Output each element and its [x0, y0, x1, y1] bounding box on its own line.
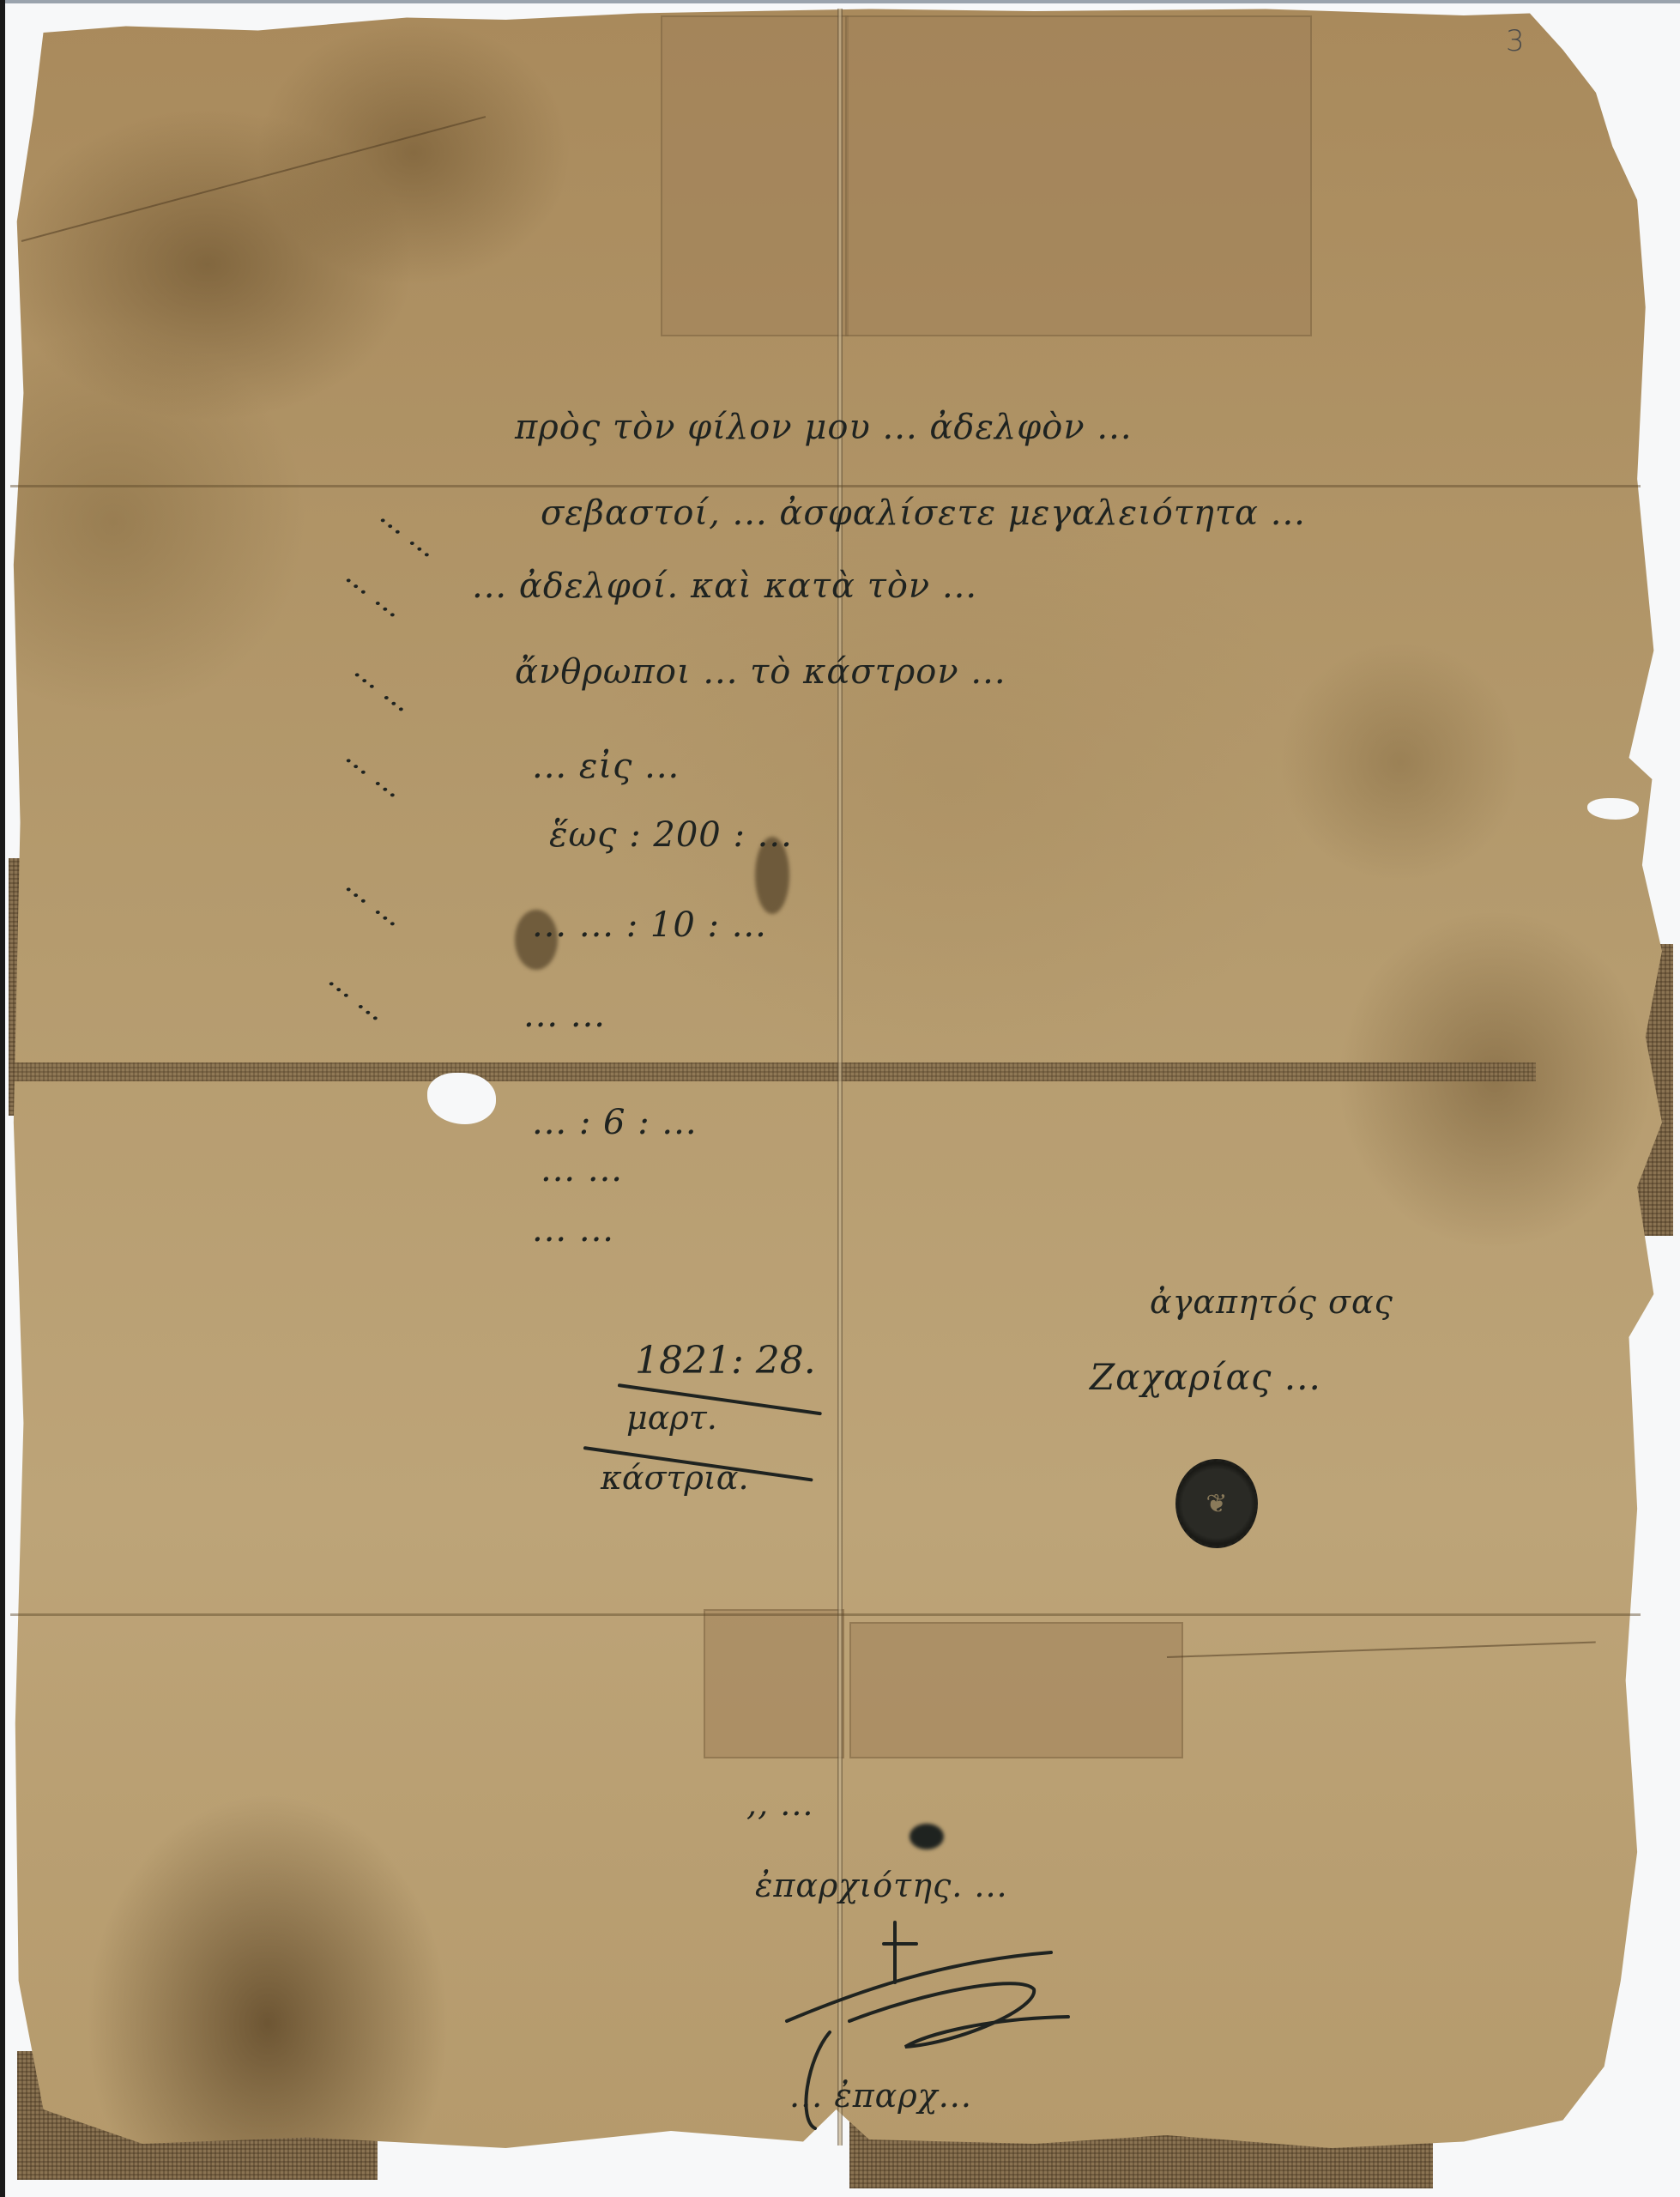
date-month: μαρτ.: [626, 1399, 717, 1437]
closing-signature: Ζαχαρίας ...: [1090, 1356, 1321, 1398]
footer-note: ,, ...: [746, 1785, 813, 1823]
scan-top-edge: [0, 0, 1680, 3]
body-line: ... : 6 : ...: [532, 1103, 698, 1142]
date-block: 1821: 28. μαρτ. κάστρια.: [583, 1339, 841, 1528]
repair-patch-top-right: [845, 15, 1312, 336]
seal-emblem-icon: ❦: [1178, 1462, 1255, 1546]
horizontal-fold-upper: [10, 485, 1641, 487]
body-line: ἄνθρωποι ... τὸ κάστρον ...: [515, 652, 1006, 692]
date-year-day: 1821: 28.: [635, 1339, 816, 1383]
footer-note: ἐπαρχιότης. ...: [755, 1867, 1008, 1904]
vertical-fold: [837, 9, 843, 2146]
body-line: ... ...: [541, 1150, 623, 1189]
body-line: ... ... : 10 : ...: [532, 905, 767, 945]
body-line: ... ...: [532, 1210, 614, 1250]
body-line: σεβαστοί, ... ἀσφαλίσετε μεγαλειότητα ..…: [541, 493, 1306, 533]
body-line: ... εἰς ...: [532, 747, 680, 786]
page-number: 3: [1506, 24, 1525, 58]
horizontal-fold-lower: [10, 1613, 1641, 1616]
repair-patch-top-left: [661, 15, 849, 336]
repair-patch-bottom-right: [849, 1622, 1183, 1758]
scan-left-edge: [0, 0, 5, 2197]
ink-stain: [909, 1824, 944, 1849]
body-line: ... ...: [523, 996, 606, 1035]
repair-patch-bottom-left: [704, 1609, 844, 1758]
body-line: ... ἀδελφοί. καὶ κατὰ τὸν ...: [472, 566, 977, 606]
body-line: ἕως : 200 : ...: [549, 815, 793, 855]
date-place: κάστρια.: [601, 1459, 749, 1497]
closing-salutation: ἀγαπητός σας: [1150, 1283, 1393, 1321]
wax-seal: ❦: [1175, 1459, 1258, 1548]
body-line: πρὸς τὸν φίλον μου ... ἀδελφὸν ...: [515, 408, 1133, 447]
fabric-repair-horizontal-fold: [9, 1062, 1536, 1081]
footer-note: ... ἐπαρχ...: [789, 2077, 972, 2115]
